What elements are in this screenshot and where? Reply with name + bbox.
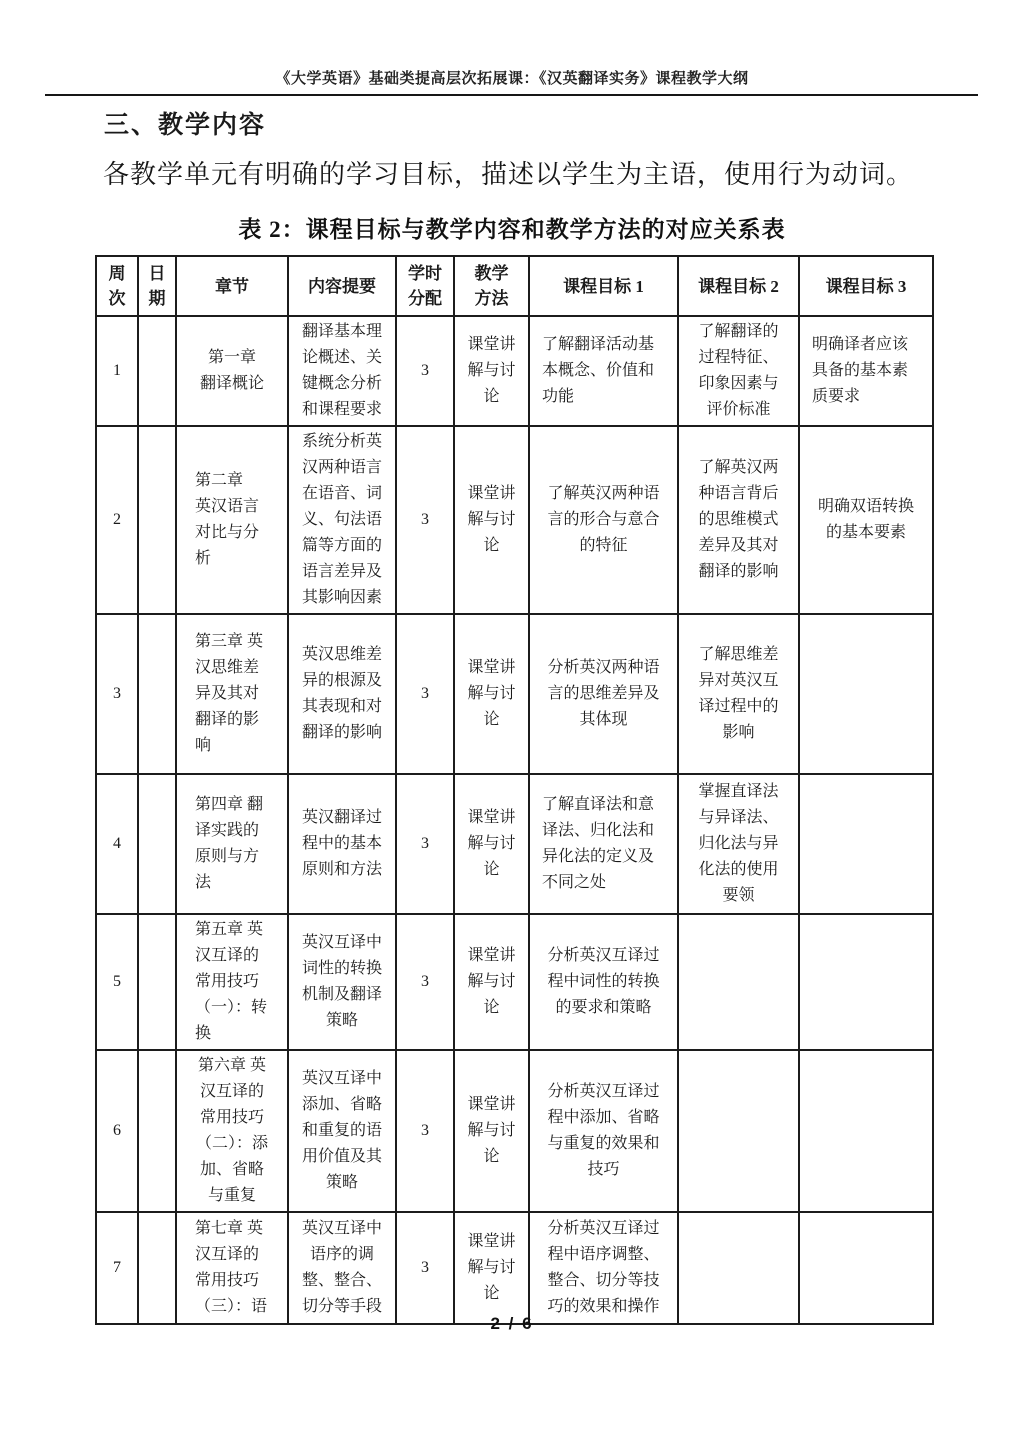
cell-method: 课堂讲 解与讨 论 — [454, 1212, 529, 1324]
cell-hours: 3 — [396, 774, 454, 914]
cell-week: 7 — [96, 1212, 138, 1324]
cell-hours: 3 — [396, 316, 454, 426]
cell-hours: 3 — [396, 426, 454, 614]
cell-objective3 — [799, 774, 933, 914]
table-row: 5第五章 英 汉互译的 常用技巧 （一）：转 换英汉互译中 词性的转换 机制及翻… — [96, 914, 933, 1050]
table-row: 3第三章 英 汉思维差 异及其对 翻译的影 响英汉思维差 异的根源及 其表现和对… — [96, 614, 933, 774]
cell-objective1: 分析英汉互译过 程中语序调整、 整合、切分等技 巧的效果和操作 — [529, 1212, 678, 1324]
cell-objective3 — [799, 914, 933, 1050]
cell-objective3: 明确译者应该 具备的基本素 质要求 — [799, 316, 933, 426]
cell-objective1: 了解翻译活动基 本概念、价值和 功能 — [529, 316, 678, 426]
cell-week: 2 — [96, 426, 138, 614]
table-row: 6第六章 英 汉互译的 常用技巧 （二）：添 加、省略 与重复英汉互译中 添加、… — [96, 1050, 933, 1212]
syllabus-table: 周 次 日 期 章节 内容提要 学时 分配 教学 方法 课程目标 1 课程目标 … — [95, 255, 934, 1325]
cell-summary: 英汉互译中 语序的调 整、整合、 切分等手段 — [288, 1212, 396, 1324]
header-cell-week: 周 次 — [96, 256, 138, 316]
cell-chapter: 第四章 翻 译实践的 原则与方 法 — [176, 774, 288, 914]
cell-date — [138, 914, 176, 1050]
cell-date — [138, 1212, 176, 1324]
cell-objective3 — [799, 614, 933, 774]
cell-chapter: 第五章 英 汉互译的 常用技巧 （一）：转 换 — [176, 914, 288, 1050]
cell-hours: 3 — [396, 1212, 454, 1324]
table-row: 4第四章 翻 译实践的 原则与方 法英汉翻译过 程中的基本 原则和方法3课堂讲 … — [96, 774, 933, 914]
cell-hours: 3 — [396, 1050, 454, 1212]
cell-objective2: 了解思维差 异对英汉互 译过程中的 影响 — [678, 614, 799, 774]
cell-objective2 — [678, 1050, 799, 1212]
cell-chapter: 第三章 英 汉思维差 异及其对 翻译的影 响 — [176, 614, 288, 774]
cell-objective1: 了解直译法和意 译法、归化法和 异化法的定义及 不同之处 — [529, 774, 678, 914]
cell-method: 课堂讲 解与讨 论 — [454, 1050, 529, 1212]
header-cell-hours: 学时 分配 — [396, 256, 454, 316]
cell-objective2 — [678, 914, 799, 1050]
cell-objective1: 分析英汉互译过 程中词性的转换 的要求和策略 — [529, 914, 678, 1050]
header-cell-objective3: 课程目标 3 — [799, 256, 933, 316]
cell-week: 3 — [96, 614, 138, 774]
cell-week: 1 — [96, 316, 138, 426]
table-body: 1第一章 翻译概论翻译基本理 论概述、关 键概念分析 和课程要求3课堂讲 解与讨… — [96, 316, 933, 1324]
cell-objective3: 明确双语转换 的基本要素 — [799, 426, 933, 614]
cell-objective2: 了解翻译的 过程特征、 印象因素与 评价标准 — [678, 316, 799, 426]
cell-date — [138, 1050, 176, 1212]
cell-method: 课堂讲 解与讨 论 — [454, 316, 529, 426]
cell-week: 6 — [96, 1050, 138, 1212]
cell-date — [138, 614, 176, 774]
cell-objective1: 分析英汉互译过 程中添加、省略 与重复的效果和 技巧 — [529, 1050, 678, 1212]
table-row: 7第七章 英 汉互译的 常用技巧 （三）：语英汉互译中 语序的调 整、整合、 切… — [96, 1212, 933, 1324]
cell-method: 课堂讲 解与讨 论 — [454, 426, 529, 614]
section-heading: 三、教学内容 — [104, 105, 266, 141]
cell-date — [138, 426, 176, 614]
page-header-title: 《大学英语》基础类提高层次拓展课：《汉英翻译实务》课程教学大纲 — [0, 67, 1024, 88]
header-cell-objective1: 课程目标 1 — [529, 256, 678, 316]
cell-method: 课堂讲 解与讨 论 — [454, 774, 529, 914]
cell-summary: 翻译基本理 论概述、关 键概念分析 和课程要求 — [288, 316, 396, 426]
header-cell-objective2: 课程目标 2 — [678, 256, 799, 316]
cell-objective1: 了解英汉两种语 言的形合与意合 的特征 — [529, 426, 678, 614]
page-number: 2 / 6 — [0, 1314, 1024, 1334]
header-cell-method: 教学 方法 — [454, 256, 529, 316]
cell-date — [138, 316, 176, 426]
header-cell-summary: 内容提要 — [288, 256, 396, 316]
cell-objective3 — [799, 1212, 933, 1324]
header-rule — [45, 94, 978, 96]
cell-chapter: 第二章 英汉语言 对比与分 析 — [176, 426, 288, 614]
header-cell-date: 日 期 — [138, 256, 176, 316]
cell-summary: 系统分析英 汉两种语言 在语音、词 义、句法语 篇等方面的 语言差异及 其影响因… — [288, 426, 396, 614]
cell-objective2: 了解英汉两 种语言背后 的思维模式 差异及其对 翻译的影响 — [678, 426, 799, 614]
cell-summary: 英汉翻译过 程中的基本 原则和方法 — [288, 774, 396, 914]
table-row: 1第一章 翻译概论翻译基本理 论概述、关 键概念分析 和课程要求3课堂讲 解与讨… — [96, 316, 933, 426]
cell-hours: 3 — [396, 614, 454, 774]
cell-chapter: 第七章 英 汉互译的 常用技巧 （三）：语 — [176, 1212, 288, 1324]
cell-chapter: 第六章 英 汉互译的 常用技巧 （二）：添 加、省略 与重复 — [176, 1050, 288, 1212]
table-row: 2第二章 英汉语言 对比与分 析系统分析英 汉两种语言 在语音、词 义、句法语 … — [96, 426, 933, 614]
cell-method: 课堂讲 解与讨 论 — [454, 614, 529, 774]
cell-objective2 — [678, 1212, 799, 1324]
cell-summary: 英汉互译中 词性的转换 机制及翻译 策略 — [288, 914, 396, 1050]
cell-week: 4 — [96, 774, 138, 914]
cell-objective3 — [799, 1050, 933, 1212]
cell-objective1: 分析英汉两种语 言的思维差异及 其体现 — [529, 614, 678, 774]
cell-chapter: 第一章 翻译概论 — [176, 316, 288, 426]
cell-summary: 英汉互译中 添加、省略 和重复的语 用价值及其 策略 — [288, 1050, 396, 1212]
intro-paragraph: 各教学单元有明确的学习目标，描述以学生为主语，使用行为动词。 — [103, 154, 933, 191]
table-title: 表 2：课程目标与教学内容和教学方法的对应关系表 — [0, 211, 1024, 244]
cell-summary: 英汉思维差 异的根源及 其表现和对 翻译的影响 — [288, 614, 396, 774]
cell-hours: 3 — [396, 914, 454, 1050]
cell-date — [138, 774, 176, 914]
cell-objective2: 掌握直译法 与异译法、 归化法与异 化法的使用 要领 — [678, 774, 799, 914]
header-cell-chapter: 章节 — [176, 256, 288, 316]
table-header-row: 周 次 日 期 章节 内容提要 学时 分配 教学 方法 课程目标 1 课程目标 … — [96, 256, 933, 316]
cell-method: 课堂讲 解与讨 论 — [454, 914, 529, 1050]
cell-week: 5 — [96, 914, 138, 1050]
